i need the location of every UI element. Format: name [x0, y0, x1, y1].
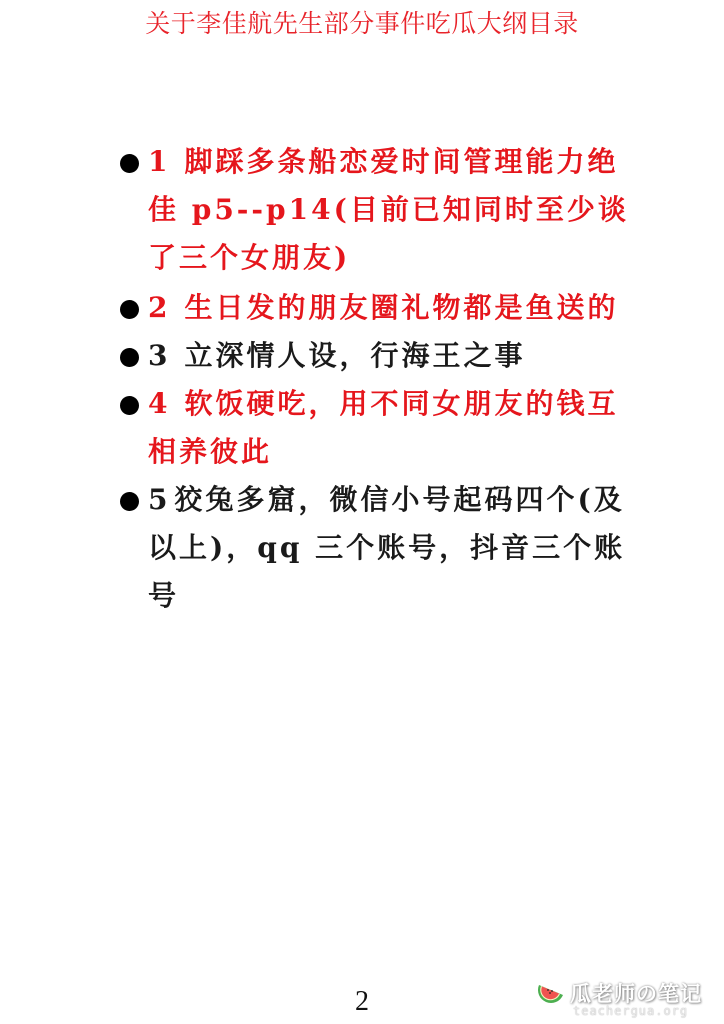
- bullet-icon: [120, 348, 139, 367]
- outline-item-4: 4软饭硬吃，用不同女朋友的钱互相养彼此: [120, 380, 630, 476]
- item-text: 脚踩多条船恋爱时间管理能力绝佳 p5--p14(目前已知同时至少谈了三个女朋友): [148, 145, 629, 274]
- bullet-icon: [120, 396, 139, 415]
- document-title: 关于李佳航先生部分事件吃瓜大纲目录: [0, 4, 724, 40]
- outline-item-5: 5狡兔多窟，微信小号起码四个(及以上)，qq 三个账号，抖音三个账号: [120, 476, 630, 620]
- watermark-url: teachergua.org: [573, 1004, 688, 1018]
- bullet-icon: [120, 154, 139, 173]
- outline-item-1: 1脚踩多条船恋爱时间管理能力绝佳 p5--p14(目前已知同时至少谈了三个女朋友…: [120, 138, 630, 282]
- bullet-icon: [120, 300, 139, 319]
- item-number: 4: [148, 387, 170, 420]
- bullet-icon: [120, 492, 139, 511]
- watermark: 瓜老师の笔记 teachergua.org: [537, 976, 717, 1020]
- item-text: 软饭硬吃，用不同女朋友的钱互相养彼此: [148, 387, 619, 468]
- item-text: 立深情人设，行海王之事: [184, 339, 525, 372]
- item-text: 狡兔多窟，微信小号起码四个(及以上)，qq 三个账号，抖音三个账号: [148, 483, 625, 612]
- outline-item-3: 3立深情人设，行海王之事: [120, 332, 630, 380]
- watermelon-icon: [537, 981, 565, 1003]
- item-number: 1: [148, 145, 170, 178]
- item-text: 生日发的朋友圈礼物都是鱼送的: [184, 291, 618, 324]
- item-number: 2: [148, 291, 170, 324]
- item-number: 3: [148, 339, 170, 372]
- outline-list: 1脚踩多条船恋爱时间管理能力绝佳 p5--p14(目前已知同时至少谈了三个女朋友…: [120, 138, 630, 620]
- item-number: 5: [148, 483, 170, 516]
- outline-item-2: 2生日发的朋友圈礼物都是鱼送的: [120, 284, 630, 332]
